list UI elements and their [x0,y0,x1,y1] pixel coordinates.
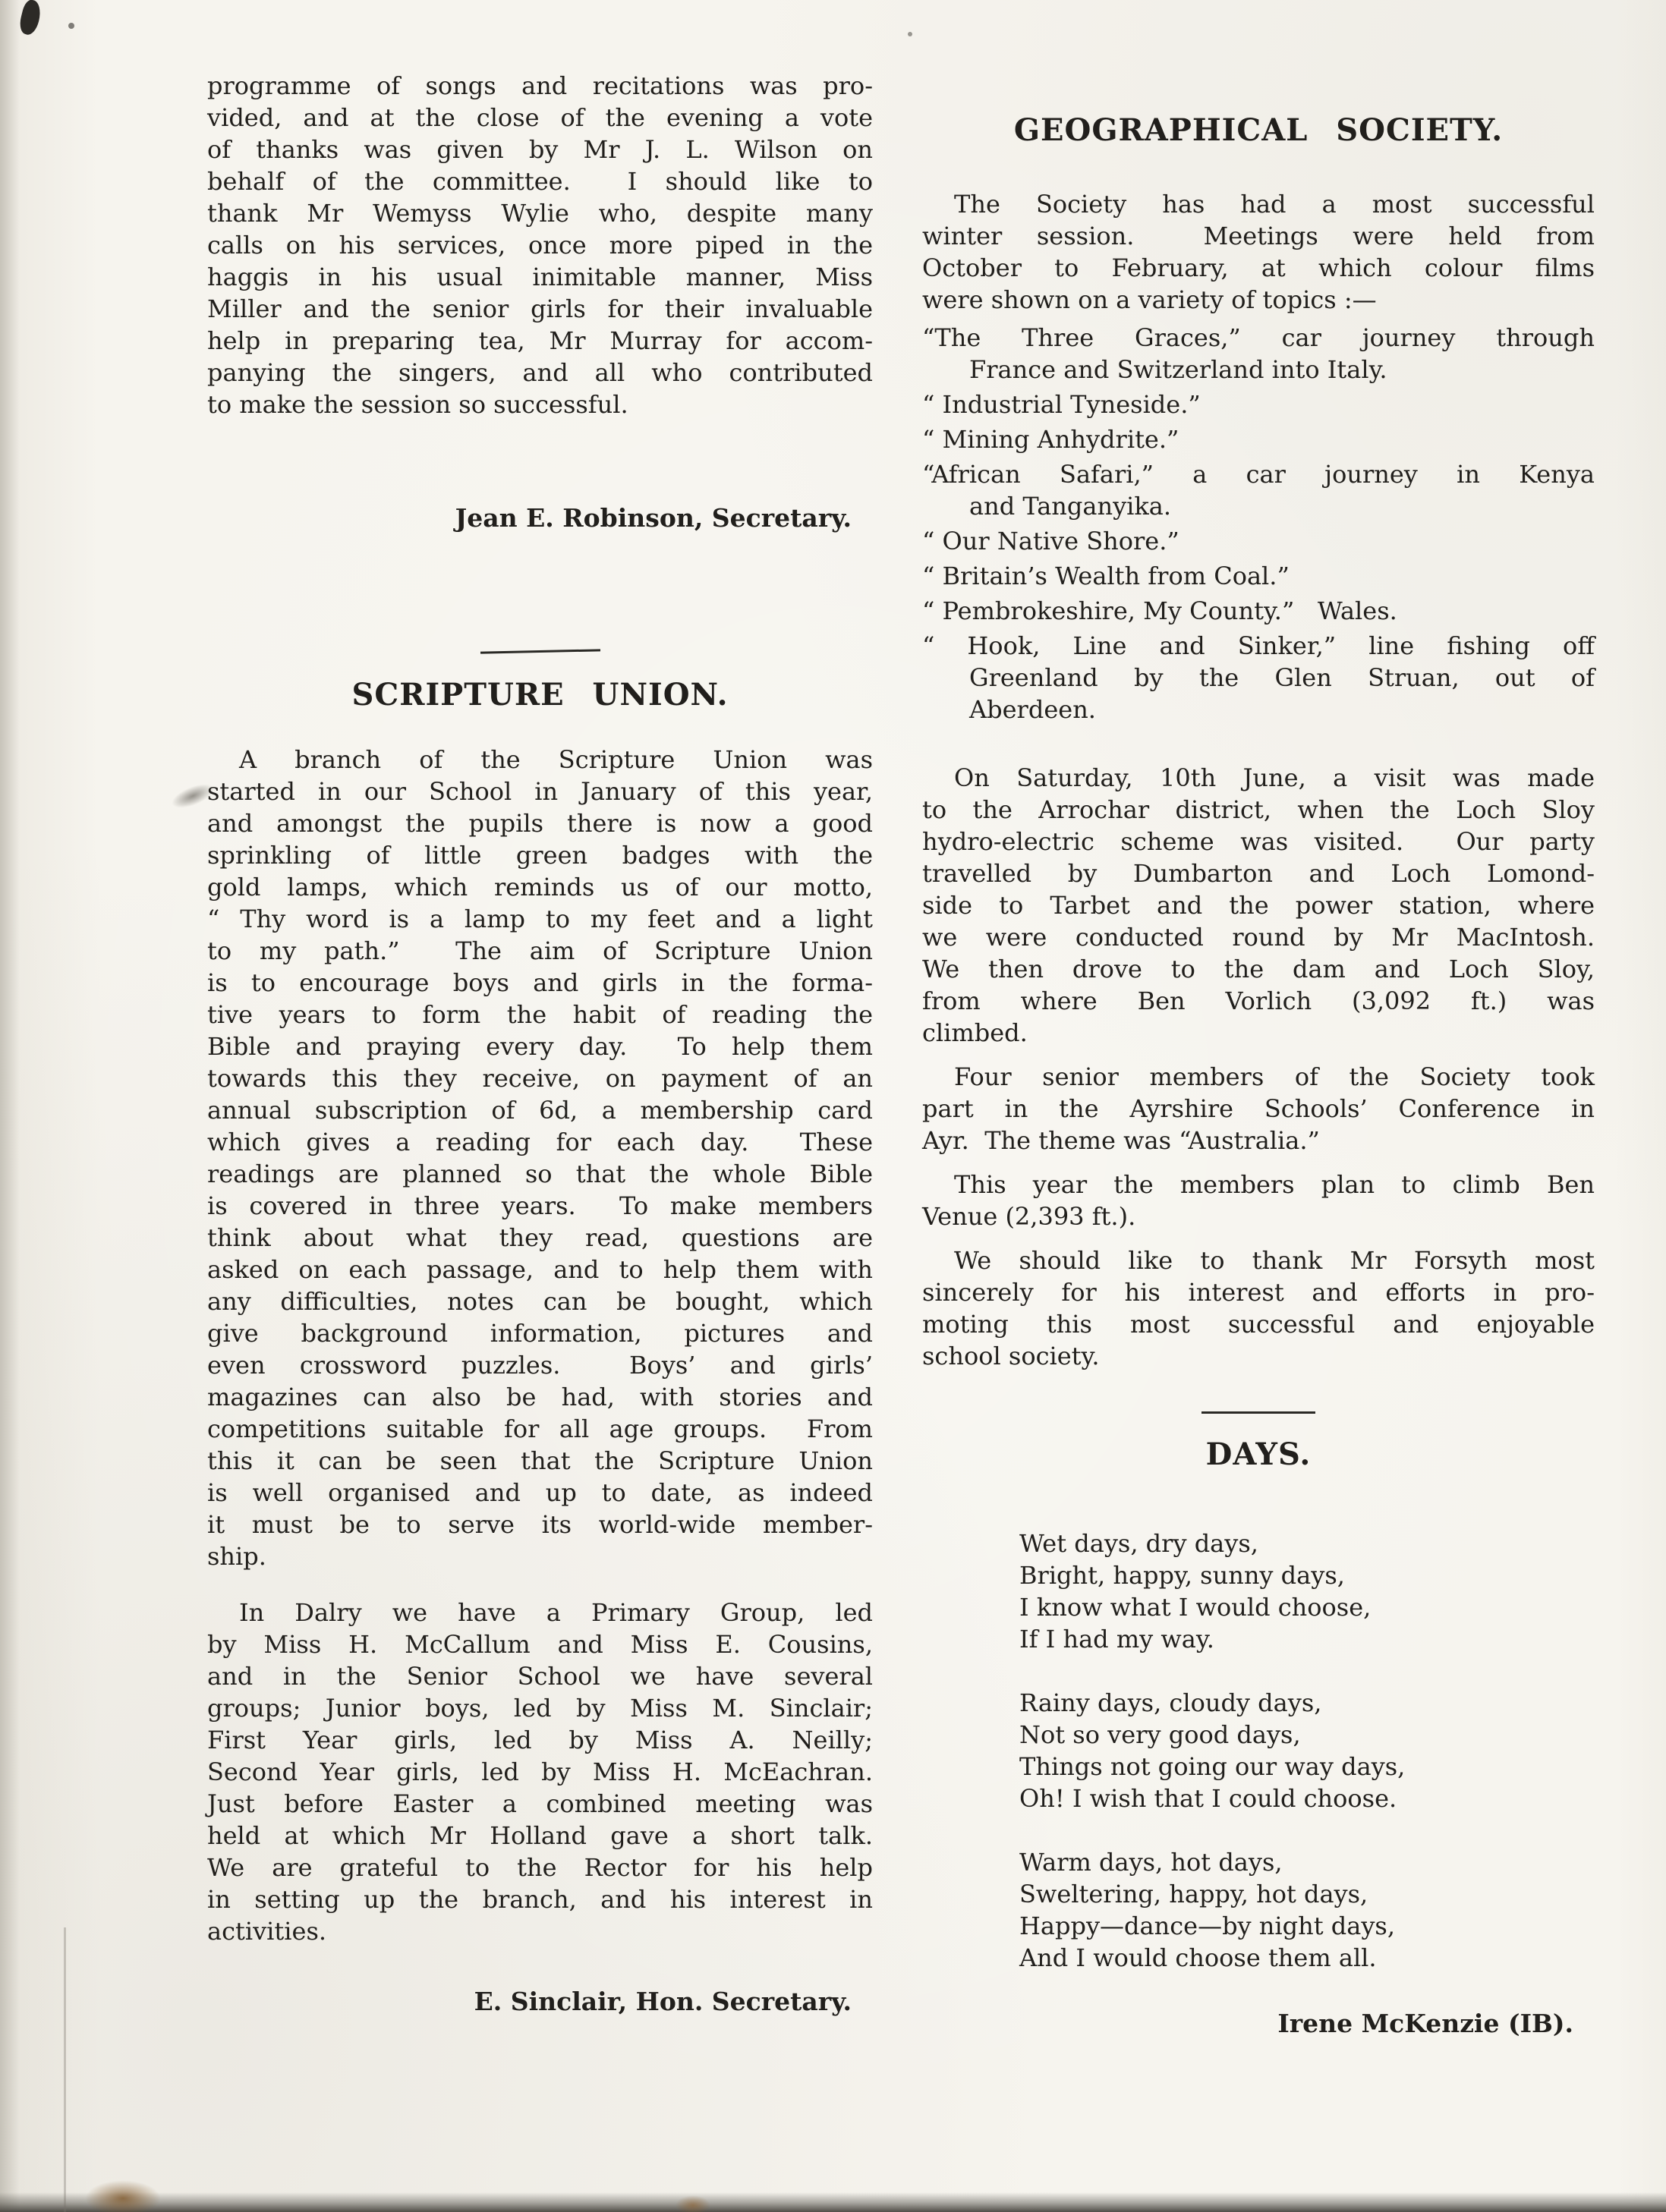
scan-artifact-mark [17,0,43,36]
scan-artifact-speck [68,23,74,29]
text-line: by Miss H. McCallum and Miss E. Cousins, [207,1628,873,1660]
signature-e-sinclair: E. Sinclair, Hon. Secretary. [207,1984,873,2020]
text-line: annual subscription of 6d, a membership … [207,1094,873,1126]
text-line: We then drove to the dam and Loch Sloy, [922,953,1595,985]
scanned-magazine-page: programme of songs and recitations was p… [0,0,1666,2212]
text-line: We should like to thank Mr Forsyth most [922,1244,1595,1276]
text-line: we were conducted round by Mr MacIntosh. [922,921,1595,953]
text-line: On Saturday, 10th June, a visit was made [922,762,1595,794]
text-line: “ Pembrokeshire, My County.” Wales. [922,595,1595,627]
days-poem: Wet days, dry days,Bright, happy, sunny … [1019,1528,1595,1974]
text-line: to my path.” The aim of Scripture Union [207,935,873,967]
poem-stanza: Warm days, hot days,Sweltering, happy, h… [1019,1846,1595,1974]
text-line: This year the members plan to climb Ben [922,1169,1595,1200]
text-line: Bible and praying every day. To help the… [207,1030,873,1062]
scan-crease-line [64,1927,66,2212]
scan-edge-shadow-bottom [0,2192,1666,2212]
paragraph-ayrshire-conference: Four senior members of the Society tookp… [922,1061,1595,1156]
text-line: competitions suitable for all age groups… [207,1413,873,1445]
text-line: Just before Easter a combined meeting wa… [207,1788,873,1820]
text-line: If I had my way. [1019,1623,1595,1655]
text-line: Rainy days, cloudy days, [1019,1687,1595,1719]
text-line: side to Tarbet and the power station, wh… [922,889,1595,921]
text-line: towards this they receive, on payment of… [207,1062,873,1094]
text-line: calls on his services, once more piped i… [207,229,873,261]
text-line: “ Hook, Line and Sinker,” line fishing o… [922,630,1595,662]
text-line: Oh! I wish that I could choose. [1019,1783,1595,1814]
paragraph-thanks-forsyth: We should like to thank Mr Forsyth mosts… [922,1244,1595,1372]
paragraph-burns-supper-continuation: programme of songs and recitations was p… [207,70,873,420]
text-line: give background information, pictures an… [207,1317,873,1349]
geographical-society-heading: GEOGRAPHICAL SOCIETY. [922,112,1595,149]
text-line: Happy—dance—by night days, [1019,1910,1595,1942]
text-line: panying the singers, and all who contrib… [207,357,873,389]
text-line: “ Our Native Shore.” [922,525,1595,557]
text-line: is to encourage boys and girls in the fo… [207,967,873,999]
text-line: to the Arrochar district, when the Loch … [922,794,1595,826]
poem-stanza: Rainy days, cloudy days,Not so very good… [1019,1687,1595,1814]
text-line: groups; Junior boys, led by Miss M. Sinc… [207,1692,873,1724]
text-line: The Society has had a most successful [922,188,1595,220]
text-line: readings are planned so that the whole B… [207,1158,873,1190]
text-line: “ Thy word is a lamp to my feet and a li… [207,903,873,935]
text-line: to make the session so successful. [207,389,873,420]
text-line: behalf of the committee. I should like t… [207,165,873,197]
text-line: “African Safari,” a car journey in Kenya [922,458,1595,490]
text-line: And I would choose them all. [1019,1942,1595,1974]
text-line: October to February, at which colour fil… [922,252,1595,284]
text-line: sprinkling of little green badges with t… [207,839,873,871]
film-list-item: “ Our Native Shore.” [922,525,1595,557]
section-divider [1201,1411,1315,1414]
text-line: Warm days, hot days, [1019,1846,1595,1878]
text-line: school society. [922,1340,1595,1372]
text-line: were shown on a variety of topics :— [922,284,1595,316]
text-line: is covered in three years. To make membe… [207,1190,873,1222]
right-column: GEOGRAPHICAL SOCIETY. The Society has ha… [922,112,1595,2042]
text-line: hydro-electric scheme was visited. Our p… [922,826,1595,857]
text-line: think about what they read, questions ar… [207,1222,873,1254]
scripture-union-heading: SCRIPTURE UNION. [207,677,873,713]
text-line: Miller and the senior girls for their in… [207,293,873,325]
text-line: France and Switzerland into Italy. [922,354,1595,385]
text-line: and amongst the pupils there is now a go… [207,807,873,839]
poem-stanza: Wet days, dry days,Bright, happy, sunny … [1019,1528,1595,1655]
text-line: Second Year girls, led by Miss H. McEach… [207,1756,873,1788]
text-line: A branch of the Scripture Union was [207,744,873,776]
film-list-item: “African Safari,” a car journey in Kenya… [922,458,1595,522]
film-list-item: “ Britain’s Wealth from Coal.” [922,560,1595,592]
film-list-item: “The Three Graces,” car journey throughF… [922,322,1595,385]
text-line: from where Ben Vorlich (3,092 ft.) was [922,985,1595,1017]
film-list-item: “ Hook, Line and Sinker,” line fishing o… [922,630,1595,725]
text-line: Venue (2,393 ft.). [922,1200,1595,1232]
text-line: tive years to form the habit of reading … [207,999,873,1030]
text-line: of thanks was given by Mr J. L. Wilson o… [207,134,873,165]
text-line: thank Mr Wemyss Wylie who, despite many [207,197,873,229]
text-line: activities. [207,1915,873,1947]
scan-artifact-speck [908,32,912,36]
text-line: started in our School in January of this… [207,776,873,807]
left-column: programme of songs and recitations was p… [207,70,873,2020]
text-line: and in the Senior School we have several [207,1660,873,1692]
text-line: Not so very good days, [1019,1719,1595,1751]
text-line: any difficulties, notes can be bought, w… [207,1285,873,1317]
text-line: in setting up the branch, and his intere… [207,1883,873,1915]
text-line: We are grateful to the Rector for his he… [207,1852,873,1883]
text-line: which gives a reading for each day. Thes… [207,1126,873,1158]
text-line: Things not going our way days, [1019,1751,1595,1783]
text-line: Aberdeen. [922,694,1595,725]
film-list-item: “ Pembrokeshire, My County.” Wales. [922,595,1595,627]
text-line: asked on each passage, and to help them … [207,1254,873,1285]
text-line: “ Britain’s Wealth from Coal.” [922,560,1595,592]
paragraph-scripture-union-main: A branch of the Scripture Union wasstart… [207,744,873,1572]
text-line: haggis in his usual inimitable manner, M… [207,261,873,293]
text-line: magazines can also be had, with stories … [207,1381,873,1413]
days-poem-heading: DAYS. [922,1436,1595,1473]
text-line: part in the Ayrshire Schools’ Conference… [922,1093,1595,1125]
text-line: “ Industrial Tyneside.” [922,389,1595,420]
signature-jean-robinson: Jean E. Robinson, Secretary. [207,500,873,536]
paragraph-geo-intro: The Society has had a most successfulwin… [922,188,1595,316]
text-line: is well organised and up to date, as ind… [207,1477,873,1509]
text-line: Ayr. The theme was “Australia.” [922,1125,1595,1156]
text-line: In Dalry we have a Primary Group, led [207,1597,873,1628]
paragraph-scripture-union-groups: In Dalry we have a Primary Group, ledby … [207,1597,873,1947]
scan-edge-shadow-left [0,0,20,2212]
text-line: sincerely for his interest and efforts i… [922,1276,1595,1308]
text-line: gold lamps, which reminds us of our mott… [207,871,873,903]
text-line: Four senior members of the Society took [922,1061,1595,1093]
text-line: this it can be seen that the Scripture U… [207,1445,873,1477]
text-line: First Year girls, led by Miss A. Neilly; [207,1724,873,1756]
scan-artifact-stain [85,2180,161,2212]
text-line: vided, and at the close of the evening a… [207,102,873,134]
text-line: even crossword puzzles. Boys’ and girls’ [207,1349,873,1381]
text-line: programme of songs and recitations was p… [207,70,873,102]
film-list-item: “ Industrial Tyneside.” [922,389,1595,420]
text-line: climbed. [922,1017,1595,1049]
text-line: moting this most successful and enjoyabl… [922,1308,1595,1340]
text-line: Wet days, dry days, [1019,1528,1595,1559]
text-line: winter session. Meetings were held from [922,220,1595,252]
text-line: I know what I would choose, [1019,1591,1595,1623]
text-line: “ Mining Anhydrite.” [922,423,1595,455]
signature-irene-mckenzie: Irene McKenzie (IB). [922,2006,1595,2042]
paragraph-loch-sloy-trip: On Saturday, 10th June, a visit was made… [922,762,1595,1049]
scan-artifact-stain [676,2195,710,2212]
section-divider [480,649,600,653]
text-line: ship. [207,1540,873,1572]
text-line: Sweltering, happy, hot days, [1019,1878,1595,1910]
text-line: travelled by Dumbarton and Loch Lomond- [922,857,1595,889]
text-line: and Tanganyika. [922,490,1595,522]
text-line: held at which Mr Holland gave a short ta… [207,1820,873,1852]
film-list-item: “ Mining Anhydrite.” [922,423,1595,455]
text-line: Greenland by the Glen Struan, out of [922,662,1595,694]
text-line: it must be to serve its world-wide membe… [207,1509,873,1540]
text-line: “The Three Graces,” car journey through [922,322,1595,354]
paragraph-ben-venue-plan: This year the members plan to climb BenV… [922,1169,1595,1232]
text-line: help in preparing tea, Mr Murray for acc… [207,325,873,357]
film-topics-list: “The Three Graces,” car journey throughF… [922,322,1595,725]
text-line: Bright, happy, sunny days, [1019,1559,1595,1591]
